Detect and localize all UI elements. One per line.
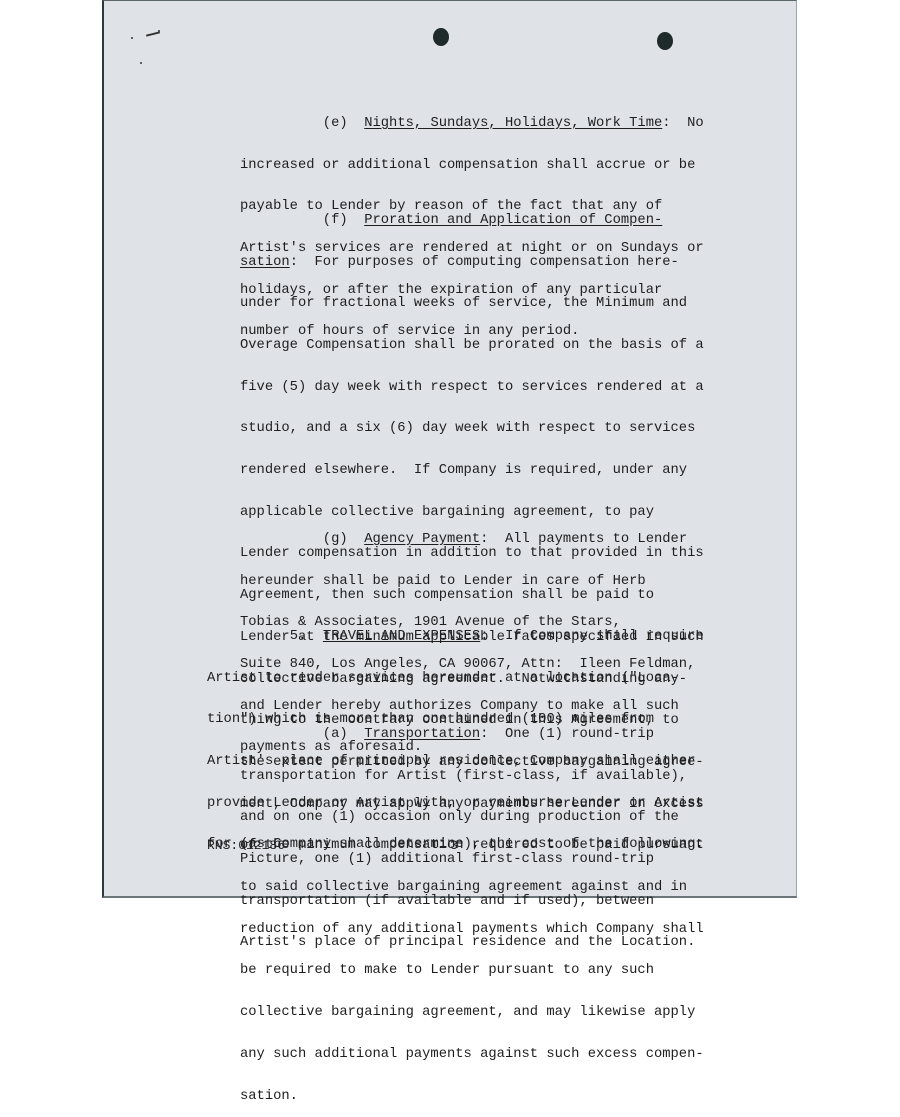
section-f-line: five (5) day week with respect to servic…	[240, 381, 704, 395]
section-e-marker: (e)	[323, 116, 348, 131]
section-g-first-line: (g) Agency Payment: All payments to Lend…	[240, 533, 695, 547]
section-5-heading: TRAVEL AND EXPENSES	[323, 629, 480, 644]
section-f-heading-cont: sation	[240, 255, 290, 270]
ink-dot	[158, 30, 160, 32]
section-g-heading: Agency Payment	[364, 532, 480, 547]
section-5-marker: 5.	[290, 629, 307, 644]
section-a-line: Picture, one (1) additional first-class …	[240, 853, 695, 867]
section-f-marker: (f)	[323, 213, 348, 228]
section-f-heading-line: (f) Proration and Application of Compen-	[240, 214, 704, 228]
section-a-first-line: (a) Transportation: One (1) round-trip	[240, 728, 695, 742]
ink-dot	[131, 37, 133, 39]
section-a-heading: Transportation	[364, 727, 480, 742]
section-a-line: transportation (if available and if used…	[240, 895, 695, 900]
ink-dot	[140, 62, 142, 64]
section-5-first-line: 5. TRAVEL AND EXPENSES: If Company shall…	[207, 630, 704, 644]
section-f-heading: Proration and Application of Compen-	[364, 213, 662, 228]
section-a-line: and on one (1) occasion only during prod…	[240, 811, 695, 825]
section-e-heading: Nights, Sundays, Holidays, Work Time	[364, 116, 662, 131]
section-e-first-line: (e) Nights, Sundays, Holidays, Work Time…	[240, 117, 704, 131]
section-5-line: Artist to render services hereunder at a…	[207, 672, 704, 686]
section-f-line: under for fractional weeks of service, t…	[240, 297, 704, 311]
section-g-line: hereunder shall be paid to Lender in car…	[240, 575, 695, 589]
section-e-line: increased or additional compensation sha…	[240, 159, 704, 173]
section-a: (a) Transportation: One (1) round-trip t…	[240, 700, 695, 900]
document-id: RNS:012186	[207, 838, 285, 853]
section-a-marker: (a)	[323, 727, 348, 742]
punch-hole-left	[433, 28, 449, 46]
section-g-marker: (g)	[323, 532, 348, 547]
section-f-line: studio, and a six (6) day week with resp…	[240, 422, 704, 436]
punch-hole-right	[657, 32, 673, 50]
section-f-first-line: sation: For purposes of computing compen…	[240, 256, 704, 270]
section-f-line: rendered elsewhere. If Company is requir…	[240, 464, 704, 478]
page-number: 3	[450, 838, 458, 853]
section-f-line: Overage Compensation shall be prorated o…	[240, 339, 704, 353]
section-a-line: transportation for Artist (first-class, …	[240, 770, 695, 784]
